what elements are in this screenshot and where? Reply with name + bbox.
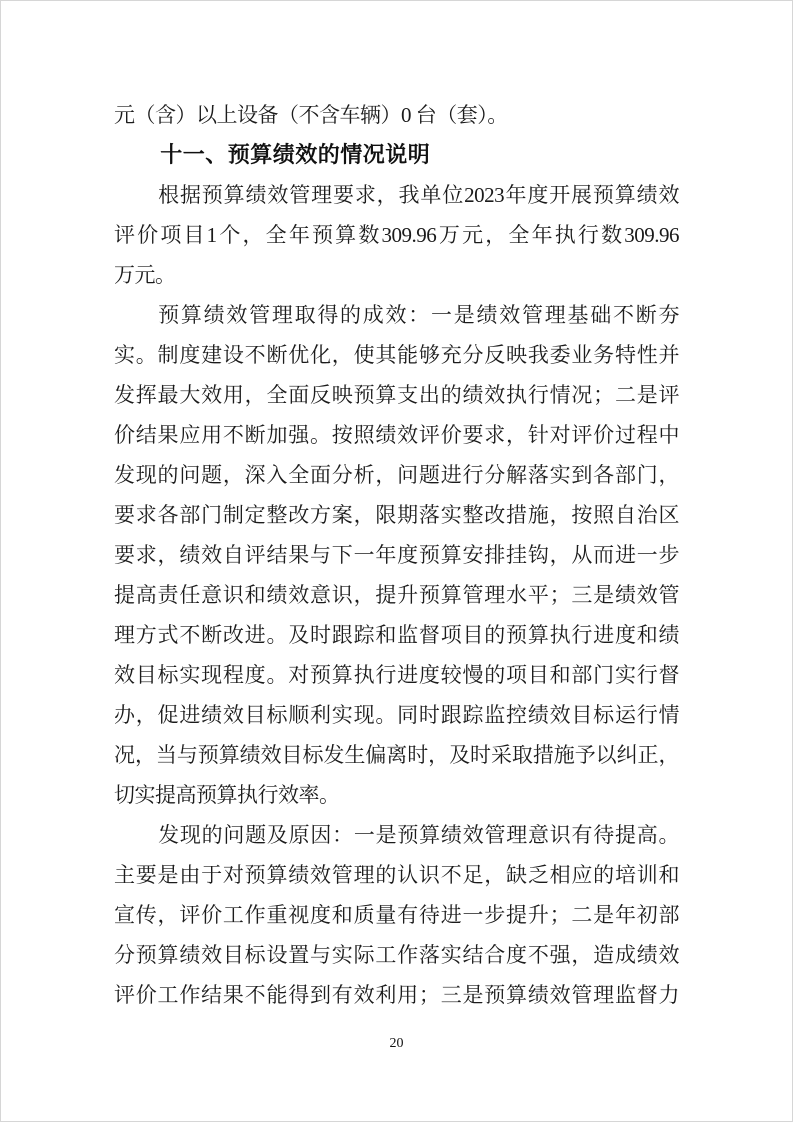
body-line: 发挥最大效用，全面反映预算支出的绩效执行情况；二是评 [114, 375, 679, 415]
body-line: 价结果应用不断加强。按照绩效评价要求，针对评价过程中 [114, 415, 679, 455]
body-line: 评价工作结果不能得到有效利用；三是预算绩效管理监督力 [114, 975, 679, 1015]
body-line: 预算绩效管理取得的成效：一是绩效管理基础不断夯 [114, 295, 679, 335]
body-line-continuation: 元（含）以上设备（不含车辆）0 台（套）。 [114, 95, 679, 135]
body-line: 提高责任意识和绩效意识，提升预算管理水平；三是绩效管 [114, 575, 679, 615]
document-page: 元（含）以上设备（不含车辆）0 台（套）。 十一、预算绩效的情况说明 根据预算绩… [0, 0, 793, 1122]
body-line: 要求，绩效自评结果与下一年度预算安排挂钩，从而进一步 [114, 535, 679, 575]
body-line: 评价项目1个，全年预算数309.96万元，全年执行数309.96 [114, 215, 679, 255]
body-line: 分预算绩效目标设置与实际工作落实结合度不强，造成绩效 [114, 935, 679, 975]
document-body: 元（含）以上设备（不含车辆）0 台（套）。 十一、预算绩效的情况说明 根据预算绩… [114, 95, 679, 1015]
body-line: 实。制度建设不断优化，使其能够充分反映我委业务特性并 [114, 335, 679, 375]
body-line: 切实提高预算执行效率。 [114, 775, 679, 815]
body-line: 宣传，评价工作重视度和质量有待进一步提升；二是年初部 [114, 895, 679, 935]
body-line: 万元。 [114, 255, 679, 295]
body-line: 理方式不断改进。及时跟踪和监督项目的预算执行进度和绩 [114, 615, 679, 655]
body-line: 主要是由于对预算绩效管理的认识不足，缺乏相应的培训和 [114, 855, 679, 895]
body-line: 发现的问题及原因：一是预算绩效管理意识有待提高。 [114, 815, 679, 855]
page-number: 20 [390, 1036, 404, 1051]
body-line: 发现的问题，深入全面分析，问题进行分解落实到各部门， [114, 455, 679, 495]
section-heading: 十一、预算绩效的情况说明 [114, 135, 679, 175]
page-footer: 20 [0, 1034, 793, 1052]
body-line: 况，当与预算绩效目标发生偏离时，及时采取措施予以纠正， [114, 735, 679, 775]
body-line: 根据预算绩效管理要求，我单位2023年度开展预算绩效 [114, 175, 679, 215]
body-line: 效目标实现程度。对预算执行进度较慢的项目和部门实行督 [114, 655, 679, 695]
body-line: 办，促进绩效目标顺利实现。同时跟踪监控绩效目标运行情 [114, 695, 679, 735]
body-line: 要求各部门制定整改方案，限期落实整改措施，按照自治区 [114, 495, 679, 535]
